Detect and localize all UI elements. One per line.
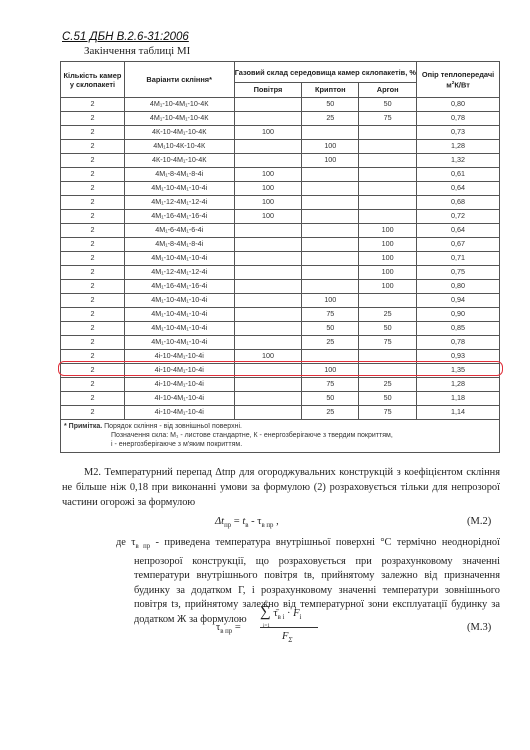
cell-argon xyxy=(359,196,417,210)
cell-krypton xyxy=(302,266,359,280)
cell-resistance: 0,68 xyxy=(417,196,500,210)
cell-argon: 50 xyxy=(359,322,417,336)
cell-chambers: 2 xyxy=(61,294,125,308)
cell-resistance: 0,75 xyxy=(417,266,500,280)
table-row: 24І-10-4М₁-10-4і50501,18 xyxy=(61,392,500,406)
cell-argon: 50 xyxy=(359,392,417,406)
table-row: 24М₁-10-4М₁-10-4і25750,78 xyxy=(61,336,500,350)
header-chambers: Кількість камер у склопакеті xyxy=(61,62,125,98)
cell-krypton xyxy=(302,126,359,140)
note-label: * Примітка. xyxy=(64,423,102,430)
formula-m3-number: (М.3) xyxy=(467,622,491,633)
cell-argon: 100 xyxy=(359,266,417,280)
table-row: 24М₁10-4К-10-4К1001,28 xyxy=(61,140,500,154)
cell-variant: 4К-10-4М₁-10-4К xyxy=(124,126,234,140)
cell-krypton: 25 xyxy=(302,406,359,420)
cell-variant: 4М₁-6-4М₁-6-4і xyxy=(124,224,234,238)
cell-variant: 4М₁-10-4М₁-10-4і xyxy=(124,252,234,266)
cell-argon: 75 xyxy=(359,112,417,126)
cell-argon xyxy=(359,168,417,182)
cell-resistance: 1,35 xyxy=(417,364,500,378)
cell-krypton: 100 xyxy=(302,294,359,308)
cell-krypton xyxy=(302,168,359,182)
cell-argon xyxy=(359,364,417,378)
cell-air xyxy=(234,378,302,392)
cell-air xyxy=(234,112,302,126)
cell-argon: 100 xyxy=(359,238,417,252)
cell-argon xyxy=(359,210,417,224)
cell-chambers: 2 xyxy=(61,238,125,252)
cell-resistance: 1,28 xyxy=(417,378,500,392)
cell-chambers: 2 xyxy=(61,280,125,294)
cell-variant: 4М₁-16-4М₁-16-4і xyxy=(124,280,234,294)
cell-argon: 25 xyxy=(359,308,417,322)
cell-krypton xyxy=(302,252,359,266)
cell-resistance: 0,80 xyxy=(417,98,500,112)
header-air: Повітря xyxy=(234,83,302,98)
cell-air: 100 xyxy=(234,350,302,364)
formula-m3: τв пр = n ∑ i=1 τ̄в i · Fi FΣ xyxy=(216,602,416,652)
cell-variant: 4і-10-4М₁-10-4і xyxy=(124,378,234,392)
cell-chambers: 2 xyxy=(61,350,125,364)
cell-argon: 100 xyxy=(359,252,417,266)
cell-argon xyxy=(359,140,417,154)
cell-chambers: 2 xyxy=(61,392,125,406)
cell-krypton: 50 xyxy=(302,392,359,406)
cell-air xyxy=(234,252,302,266)
cell-chambers: 2 xyxy=(61,364,125,378)
cell-variant: 4М₁-10-4М₁-10-4і xyxy=(124,322,234,336)
cell-chambers: 2 xyxy=(61,126,125,140)
cell-air xyxy=(234,308,302,322)
page-header: С.51 ДБН В.2.6-31:2006 xyxy=(62,31,189,43)
table-body: 24М₁-10-4М₁-10-4К50500,8024М₁-10-4М₁-10-… xyxy=(61,98,500,420)
cell-chambers: 2 xyxy=(61,168,125,182)
cell-variant: 4М₁-10-4М₁-10-4і xyxy=(124,182,234,196)
cell-air xyxy=(234,266,302,280)
cell-variant: 4і-10-4М₁-10-4і xyxy=(124,406,234,420)
cell-resistance: 0,64 xyxy=(417,182,500,196)
cell-air xyxy=(234,238,302,252)
cell-chambers: 2 xyxy=(61,140,125,154)
cell-resistance: 1,14 xyxy=(417,406,500,420)
cell-krypton xyxy=(302,182,359,196)
cell-air xyxy=(234,154,302,168)
paragraph-m2: М2. Температурний перепад Δtпр для огоро… xyxy=(62,465,500,510)
table-row: 24М₁-10-4М₁-10-4К25750,78 xyxy=(61,112,500,126)
table-row: 24М₁-16-4М₁-16-4і1000,72 xyxy=(61,210,500,224)
header-krypton: Криптон xyxy=(302,83,359,98)
cell-resistance: 0,78 xyxy=(417,112,500,126)
header-variants: Варіанти скління* xyxy=(124,62,234,98)
cell-krypton: 100 xyxy=(302,154,359,168)
cell-air xyxy=(234,98,302,112)
cell-variant: 4М₁-12-4М₁-12-4і xyxy=(124,266,234,280)
cell-air: 100 xyxy=(234,210,302,224)
cell-resistance: 0,73 xyxy=(417,126,500,140)
cell-resistance: 0,94 xyxy=(417,294,500,308)
table-caption: Закінчення таблиці МІ xyxy=(84,45,190,57)
note-line-2: Позначення скла: М₁ - листове стандартне… xyxy=(64,431,496,440)
cell-air: 100 xyxy=(234,168,302,182)
cell-argon: 75 xyxy=(359,336,417,350)
cell-variant: 4М₁-8-4М₁-8-4і xyxy=(124,168,234,182)
cell-chambers: 2 xyxy=(61,406,125,420)
cell-argon: 100 xyxy=(359,280,417,294)
cell-resistance: 1,18 xyxy=(417,392,500,406)
cell-chambers: 2 xyxy=(61,378,125,392)
table-row: 24і-10-4М₁-10-4і75251,28 xyxy=(61,378,500,392)
cell-resistance: 0,67 xyxy=(417,238,500,252)
cell-air xyxy=(234,406,302,420)
cell-chambers: 2 xyxy=(61,112,125,126)
table-row: 24М₁-10-4М₁-10-4і75250,90 xyxy=(61,308,500,322)
table-note: * Примітка. Порядок скління - від зовніш… xyxy=(61,420,500,453)
table-row: 24К-10-4М₁-10-4К1001,32 xyxy=(61,154,500,168)
table-row: 24і-10-4М₁-10-4і1000,93 xyxy=(61,350,500,364)
cell-argon: 100 xyxy=(359,224,417,238)
cell-chambers: 2 xyxy=(61,308,125,322)
cell-krypton xyxy=(302,350,359,364)
cell-air: 100 xyxy=(234,126,302,140)
cell-variant: 4М₁-10-4М₁-10-4і xyxy=(124,336,234,350)
formula-m2-number: (М.2) xyxy=(467,516,491,527)
cell-chambers: 2 xyxy=(61,98,125,112)
cell-variant: 4і-10-4М₁-10-4і xyxy=(124,350,234,364)
cell-resistance: 0,72 xyxy=(417,210,500,224)
cell-variant: 4М₁-10-4М₁-10-4К xyxy=(124,112,234,126)
cell-variant: 4І-10-4М₁-10-4і xyxy=(124,392,234,406)
cell-variant: 4і-10-4М₁-10-4і xyxy=(124,364,234,378)
cell-argon xyxy=(359,294,417,308)
cell-resistance: 0,64 xyxy=(417,224,500,238)
cell-argon xyxy=(359,182,417,196)
header-argon: Аргон xyxy=(359,83,417,98)
cell-chambers: 2 xyxy=(61,322,125,336)
cell-variant: 4М₁-10-4М₁-10-4і xyxy=(124,308,234,322)
header-resistance: Опір теплопередачім2К/Вт xyxy=(417,62,500,98)
cell-chambers: 2 xyxy=(61,182,125,196)
cell-resistance: 0,85 xyxy=(417,322,500,336)
cell-variant: 4М₁-10-4М₁-10-4і xyxy=(124,294,234,308)
cell-air xyxy=(234,280,302,294)
cell-chambers: 2 xyxy=(61,154,125,168)
table-row: 24М₁-16-4М₁-16-4і1000,80 xyxy=(61,280,500,294)
table-row: 24і-10-4М₁-10-4і25751,14 xyxy=(61,406,500,420)
cell-chambers: 2 xyxy=(61,210,125,224)
cell-resistance: 1,32 xyxy=(417,154,500,168)
cell-air xyxy=(234,224,302,238)
header-gas-composition: Газовий склад середовища камер склопакет… xyxy=(234,62,417,83)
cell-chambers: 2 xyxy=(61,252,125,266)
table-row: 24М₁-10-4М₁-10-4К50500,80 xyxy=(61,98,500,112)
sum-icon: ∑ xyxy=(260,604,271,620)
cell-variant: 4К-10-4М₁-10-4К xyxy=(124,154,234,168)
note-line-3: і - енергозберігаюче з м'яким покриттям. xyxy=(64,440,496,449)
cell-variant: 4М₁-8-4М₁-8-4і xyxy=(124,238,234,252)
cell-argon: 25 xyxy=(359,378,417,392)
cell-krypton: 25 xyxy=(302,336,359,350)
note-line-1: Порядок скління - від зовнішньої поверхн… xyxy=(104,423,242,430)
cell-krypton xyxy=(302,210,359,224)
cell-krypton xyxy=(302,238,359,252)
cell-krypton: 100 xyxy=(302,364,359,378)
table-row: 24М₁-8-4М₁-8-4і1000,67 xyxy=(61,238,500,252)
cell-krypton xyxy=(302,196,359,210)
cell-argon: 75 xyxy=(359,406,417,420)
cell-resistance: 0,93 xyxy=(417,350,500,364)
cell-resistance: 1,28 xyxy=(417,140,500,154)
table-row: 24М₁-10-4М₁-10-4і1000,94 xyxy=(61,294,500,308)
cell-krypton xyxy=(302,280,359,294)
cell-resistance: 0,90 xyxy=(417,308,500,322)
cell-krypton: 25 xyxy=(302,112,359,126)
cell-air xyxy=(234,392,302,406)
cell-air: 100 xyxy=(234,182,302,196)
table-row: 24і-10-4М₁-10-4і1001,35 xyxy=(61,364,500,378)
cell-air: 100 xyxy=(234,196,302,210)
cell-krypton: 75 xyxy=(302,308,359,322)
cell-resistance: 0,80 xyxy=(417,280,500,294)
table-row: 24К-10-4М₁-10-4К1000,73 xyxy=(61,126,500,140)
cell-argon xyxy=(359,126,417,140)
cell-variant: 4М₁10-4К-10-4К xyxy=(124,140,234,154)
cell-argon xyxy=(359,154,417,168)
cell-resistance: 0,78 xyxy=(417,336,500,350)
cell-krypton: 50 xyxy=(302,322,359,336)
cell-resistance: 0,61 xyxy=(417,168,500,182)
cell-variant: 4М₁-10-4М₁-10-4К xyxy=(124,98,234,112)
cell-chambers: 2 xyxy=(61,336,125,350)
cell-variant: 4М₁-12-4М₁-12-4і xyxy=(124,196,234,210)
cell-chambers: 2 xyxy=(61,266,125,280)
table-row: 24М₁-10-4М₁-10-4і50500,85 xyxy=(61,322,500,336)
cell-krypton: 50 xyxy=(302,98,359,112)
cell-krypton xyxy=(302,224,359,238)
cell-chambers: 2 xyxy=(61,224,125,238)
cell-air xyxy=(234,364,302,378)
cell-krypton: 75 xyxy=(302,378,359,392)
cell-air xyxy=(234,294,302,308)
table-row: 24М₁-10-4М₁-10-4і1000,64 xyxy=(61,182,500,196)
cell-resistance: 0,71 xyxy=(417,252,500,266)
cell-argon: 50 xyxy=(359,98,417,112)
formula-m2: Δtпр = tв - τв пр , xyxy=(215,516,279,529)
cell-chambers: 2 xyxy=(61,196,125,210)
table-row: 24М₁-6-4М₁-6-4і1000,64 xyxy=(61,224,500,238)
where-lead: де τв пр xyxy=(116,537,150,548)
cell-air xyxy=(234,336,302,350)
cell-variant: 4М₁-16-4М₁-16-4і xyxy=(124,210,234,224)
cell-argon xyxy=(359,350,417,364)
cell-krypton: 100 xyxy=(302,140,359,154)
table-row: 24М₁-12-4М₁-12-4і1000,68 xyxy=(61,196,500,210)
glazing-table: Кількість камер у склопакеті Варіанти ск… xyxy=(60,61,500,453)
table-row: 24М₁-12-4М₁-12-4і1000,75 xyxy=(61,266,500,280)
table-row: 24М₁-8-4М₁-8-4і1000,61 xyxy=(61,168,500,182)
cell-air xyxy=(234,140,302,154)
table-row: 24М₁-10-4М₁-10-4і1000,71 xyxy=(61,252,500,266)
cell-air xyxy=(234,322,302,336)
